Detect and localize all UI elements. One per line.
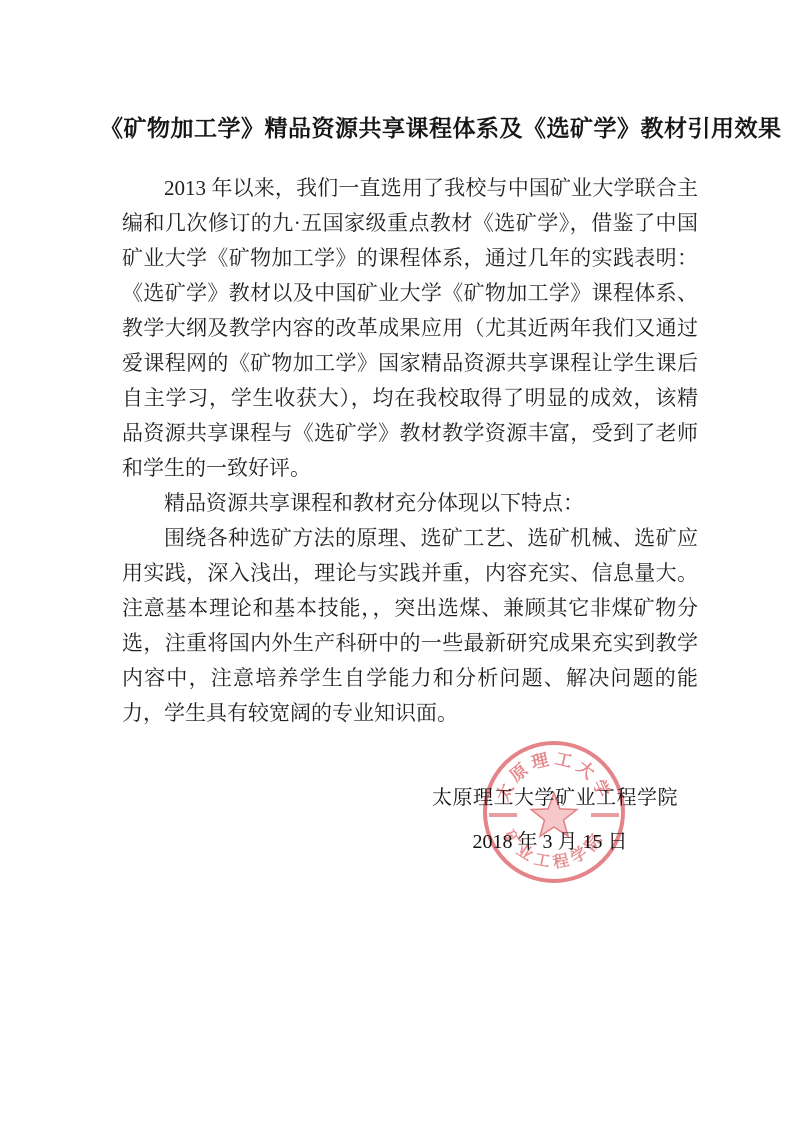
official-seal-stamp: 太原理工大学 矿业工程学院 — [479, 737, 629, 887]
paragraph: 精品资源共享课程和教材充分体现以下特点： — [122, 486, 698, 521]
date-line: 2018 年 3 月 15 日 — [430, 825, 670, 854]
signature-line: 太原理工大学矿业工程学院 — [430, 781, 680, 810]
document-page: 《矿物加工学》精品资源共享课程体系及《选矿学》教材引用效果 2013 年以来，我… — [0, 0, 799, 1131]
document-title: 《矿物加工学》精品资源共享课程体系及《选矿学》教材引用效果 — [100, 110, 720, 143]
paragraph: 围绕各种选矿方法的原理、选矿工艺、选矿机械、选矿应用实践，深入浅出，理论与实践并… — [122, 521, 698, 731]
document-body: 2013 年以来，我们一直选用了我校与中国矿业大学联合主编和几次修订的九·五国家… — [122, 171, 698, 731]
paragraph: 2013 年以来，我们一直选用了我校与中国矿业大学联合主编和几次修订的九·五国家… — [122, 171, 698, 486]
